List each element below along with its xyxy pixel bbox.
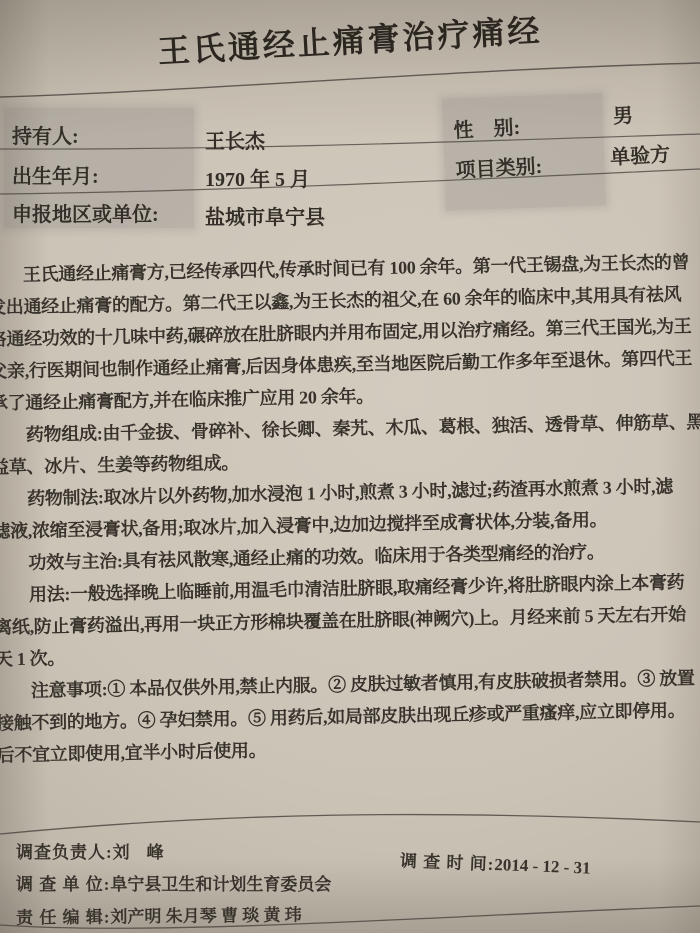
body-text: 王氏通经止痛膏方,已经传承四代,传承时间已有 100 余年。第一代王锡盘,为王长… <box>0 245 700 772</box>
survey-unit-line: 调 查 单 位:阜宁县卫生和计划生育委员会 <box>16 870 331 895</box>
editors-label: 责 任 编 辑: <box>16 908 111 928</box>
region-label: 申报地区或单位: <box>12 198 159 227</box>
birth-date-value: 1970 年 5 月 <box>205 163 310 192</box>
region-value: 盐城市阜宁县 <box>205 201 325 230</box>
gender-label: 性 别: <box>453 111 521 143</box>
holder-label: 持有人: <box>12 120 79 149</box>
survey-unit-label: 调 查 单 位: <box>16 875 110 894</box>
investigator-line: 调查负责人:刘 峰 <box>16 838 164 863</box>
page-title: 王氏通经止痛膏治疗痛经 <box>0 0 700 82</box>
survey-time-label: 调 查 时 间: <box>400 851 495 874</box>
survey-time-line: 调 查 时 间:2014 - 12 - 31 <box>400 846 592 878</box>
category-value: 单验方 <box>609 138 670 170</box>
editors-line: 责 任 编 辑:刘产明 朱月琴 曹 琰 黄 玮 <box>16 901 302 929</box>
document-page: 王氏通经止痛膏治疗痛经 持有人: 王长杰 出生年月: 1970 年 5 月 申报… <box>0 0 700 933</box>
gender-value: 男 <box>612 99 633 129</box>
investigator-value: 刘 峰 <box>113 843 164 862</box>
birth-date-label: 出生年月: <box>12 160 99 189</box>
holder-value: 王长杰 <box>205 125 265 154</box>
survey-unit-value: 阜宁县卫生和计划生育委员会 <box>110 875 331 894</box>
survey-time-value: 2014 - 12 - 31 <box>494 855 591 878</box>
category-label: 项目类别: <box>455 150 543 183</box>
editors-value: 刘产明 朱月琴 曹 琰 黄 玮 <box>110 906 301 927</box>
investigator-label: 调查负责人: <box>16 843 113 862</box>
form-right-column: 性 别: 男 项目类别: 单验方 <box>447 94 700 217</box>
